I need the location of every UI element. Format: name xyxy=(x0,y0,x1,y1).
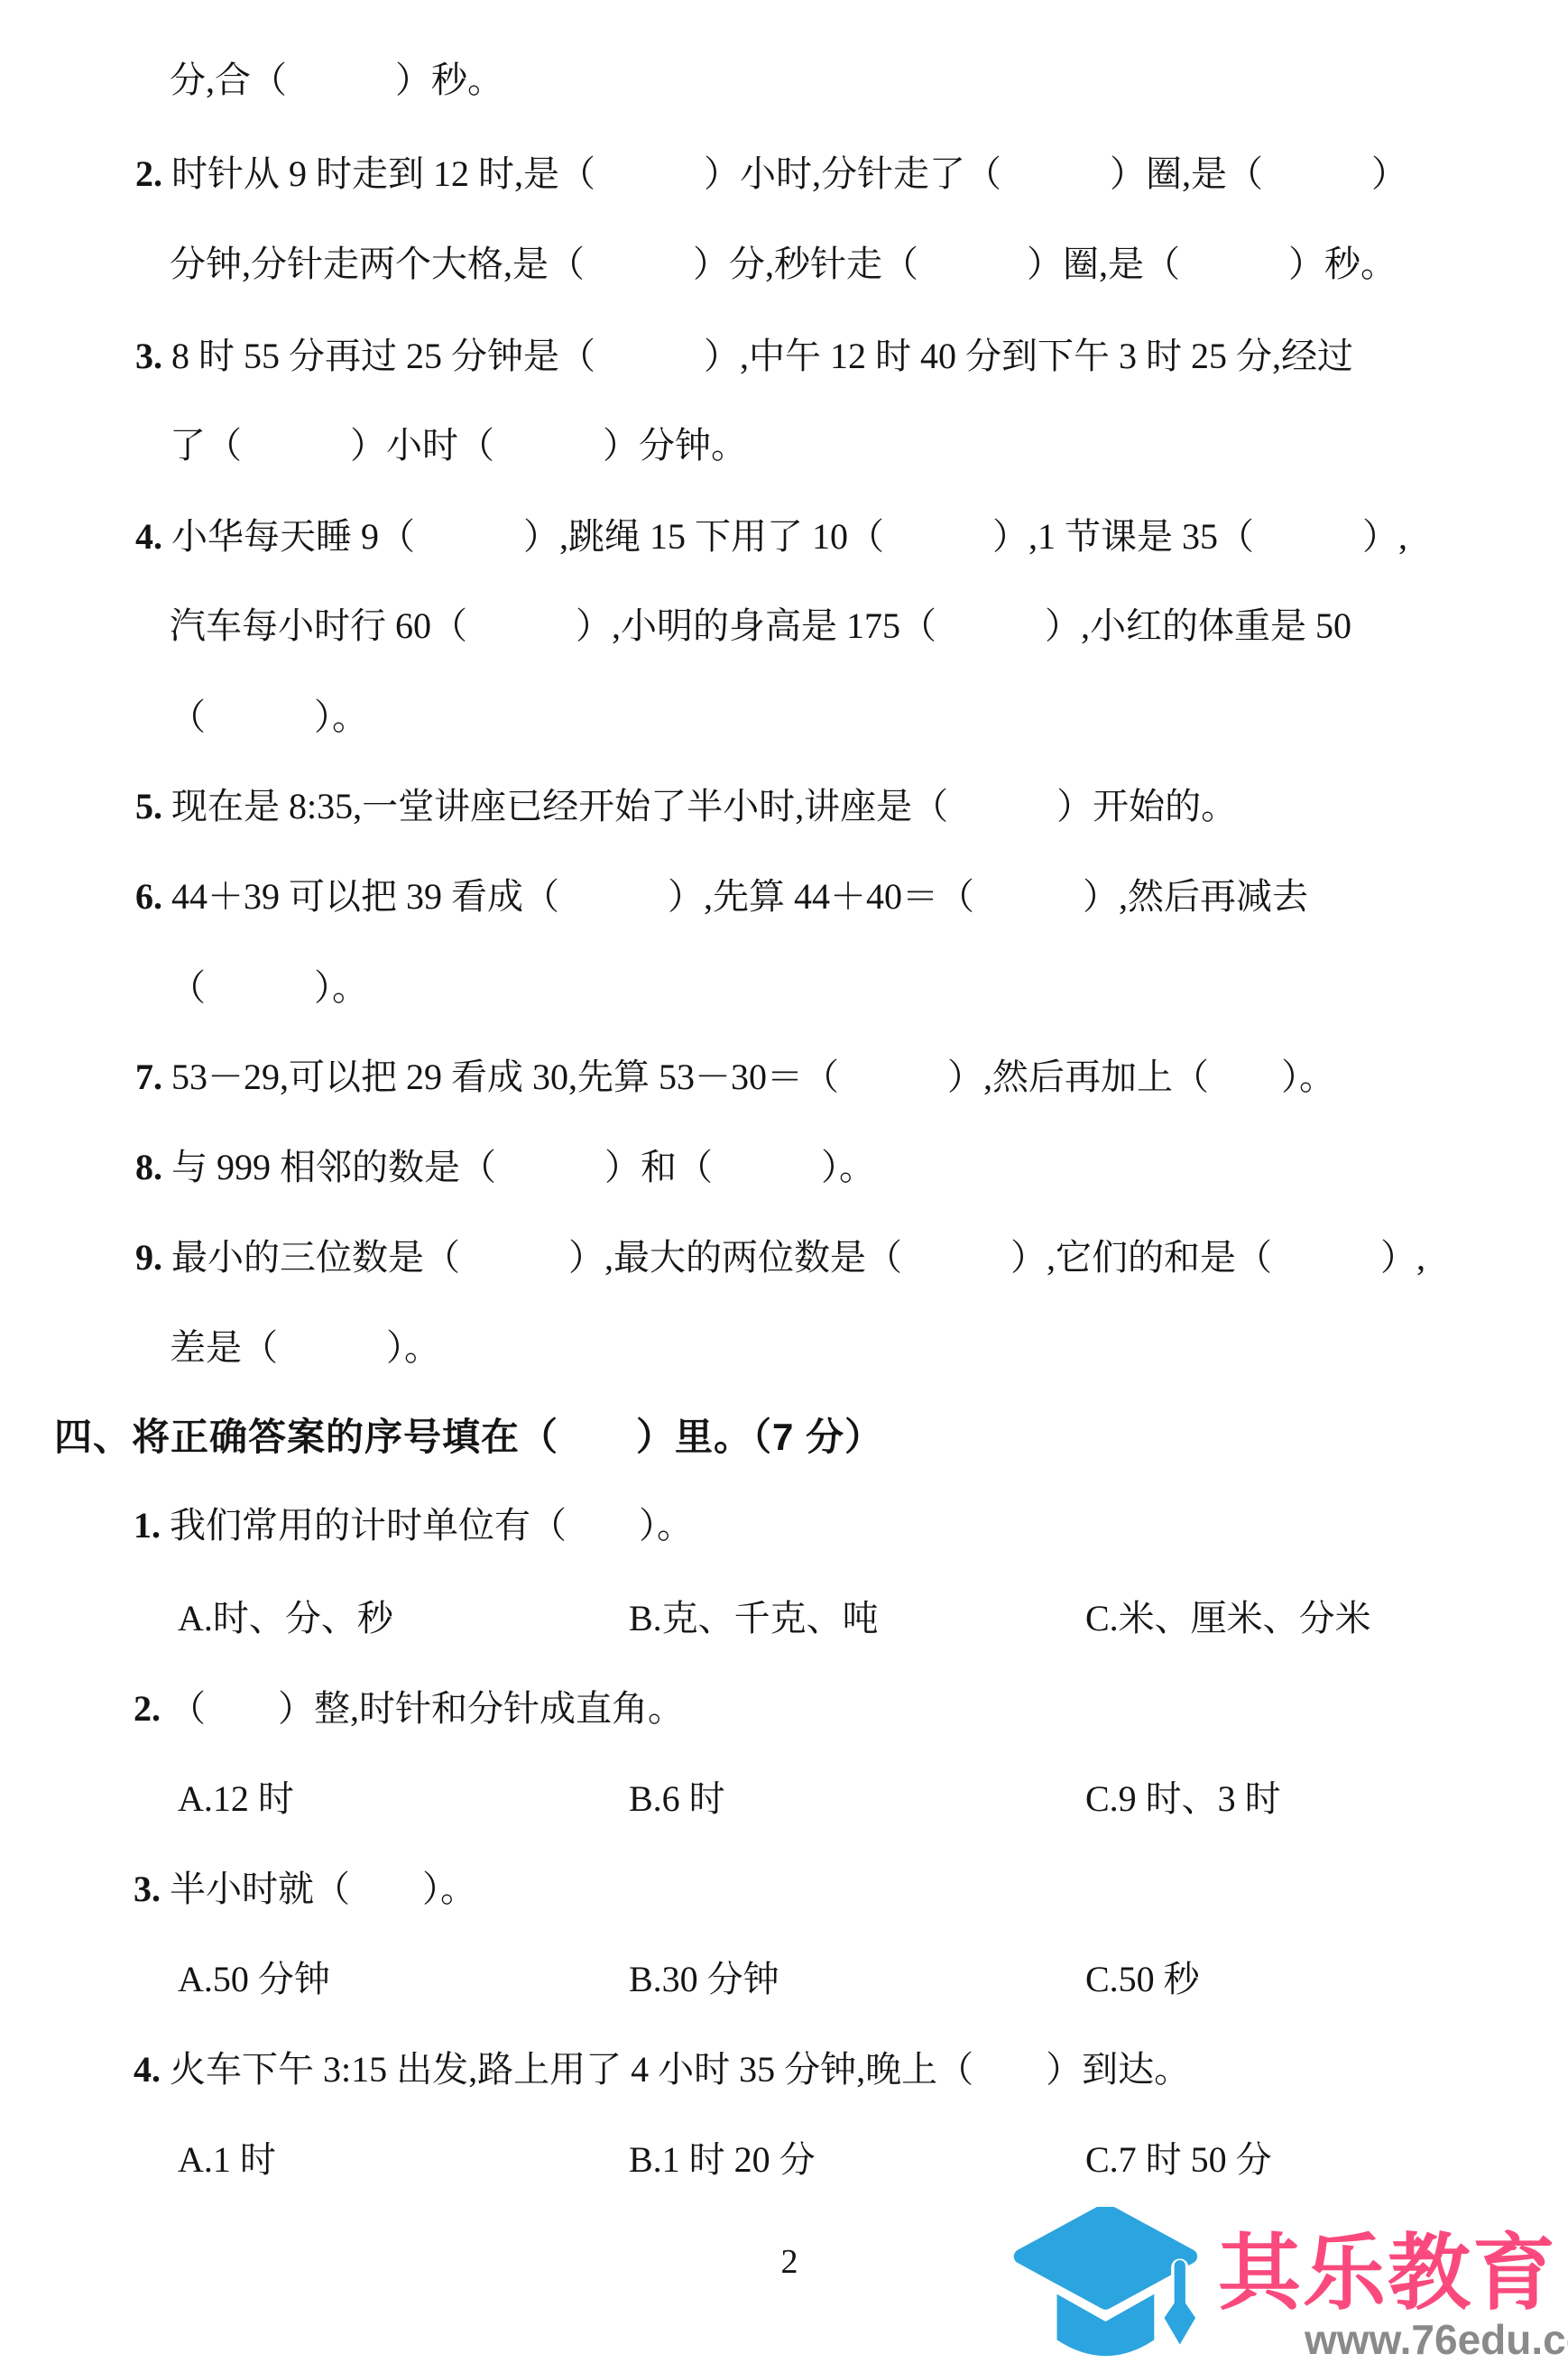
question-number: 3. xyxy=(135,336,162,376)
question-number: 2. xyxy=(135,153,162,194)
question-number: 3. xyxy=(134,1869,161,1909)
option-b: B.30 分钟 xyxy=(629,1959,779,2000)
fill-q2-line1: 2.时针从 9 时走到 12 时,是（ ）小时,分针走了（ ）圈,是（ ） xyxy=(135,153,1407,195)
question-text: 小华每天睡 9（ ）,跳绳 15 下用了 10（ ）,1 节课是 35（ ）, xyxy=(171,516,1407,557)
option-a: A.50 分钟 xyxy=(178,1959,330,2000)
option-a: A.时、分、秒 xyxy=(178,1598,393,1639)
fill-q9-line2: 差是（ ）。 xyxy=(170,1327,440,1369)
fill-q6-line2: （ ）。 xyxy=(170,967,368,1009)
choice-q4-options: A.1 时 B.1 时 20 分 C.7 时 50 分 xyxy=(0,2139,1568,2186)
choice-q3: 3.半小时就（ ）。 xyxy=(134,1869,476,1910)
question-number: 7. xyxy=(135,1057,162,1097)
choice-q4: 4.火车下午 3:15 出发,路上用了 4 小时 35 分钟,晚上（ ）到达。 xyxy=(134,2049,1190,2090)
question-number: 1. xyxy=(134,1505,161,1546)
fill-q3-line2: 了（ ）小时（ ）分钟。 xyxy=(170,425,747,466)
page-number: 2 xyxy=(767,2243,812,2283)
question-number: 6. xyxy=(135,876,162,917)
section-title: 四、将正确答案的序号填在（ ）里。（7 分） xyxy=(54,1416,883,1458)
question-number: 5. xyxy=(135,786,162,826)
question-number: 9. xyxy=(135,1237,162,1278)
fill-q6-line1: 6.44＋39 可以把 39 看成（ ）,先算 44＋40＝（ ）,然后再减去 xyxy=(135,876,1308,918)
option-a: A.1 时 xyxy=(178,2139,276,2181)
question-text: 了（ ）小时（ ）分钟。 xyxy=(170,425,747,466)
section-four-header: 四、将正确答案的序号填在（ ）里。（7 分） xyxy=(54,1416,883,1459)
question-text: 汽车每小时行 60（ ）,小明的身高是 175（ ）,小红的体重是 50 xyxy=(170,605,1351,646)
option-a: A.12 时 xyxy=(178,1778,294,1820)
question-text: 差是（ ）。 xyxy=(170,1327,440,1368)
graduation-cap-icon xyxy=(1009,2207,1212,2372)
question-text: 53－29,可以把 29 看成 30,先算 53－30＝（ ）,然后再加上（ ）… xyxy=(171,1057,1335,1097)
option-b: B.克、千克、吨 xyxy=(629,1598,879,1639)
question-text: （ ）。 xyxy=(170,697,368,737)
question-text: 最小的三位数是（ ）,最大的两位数是（ ）,它们的和是（ ）, xyxy=(171,1237,1425,1278)
option-c: C.米、厘米、分米 xyxy=(1085,1598,1371,1639)
fill-q4-line3: （ ）。 xyxy=(170,697,368,738)
question-text: 与 999 相邻的数是（ ）和（ ）。 xyxy=(171,1147,875,1187)
question-text: 半小时就（ ）。 xyxy=(170,1869,476,1909)
question-text: 8 时 55 分再过 25 分钟是（ ）,中午 12 时 40 分到下午 3 时… xyxy=(171,336,1353,376)
fill-q4-line2: 汽车每小时行 60（ ）,小明的身高是 175（ ）,小红的体重是 50 xyxy=(170,605,1351,647)
question-text: 分钟,分针走两个大格,是（ ）分,秒针走（ ）圈,是（ ）秒。 xyxy=(170,244,1397,284)
choice-q2: 2.（ ）整,时针和分针成直角。 xyxy=(134,1688,684,1730)
choice-q3-options: A.50 分钟 B.30 分钟 C.50 秒 xyxy=(0,1959,1568,2006)
choice-q1-options: A.时、分、秒 B.克、千克、吨 C.米、厘米、分米 xyxy=(0,1598,1568,1645)
fill-q1-continuation: 分,合（ ）秒。 xyxy=(170,60,503,101)
fill-q5-line1: 5.现在是 8:35,一堂讲座已经开始了半小时,讲座是（ ）开始的。 xyxy=(135,786,1237,827)
option-b: B.6 时 xyxy=(629,1778,725,1820)
question-text: 现在是 8:35,一堂讲座已经开始了半小时,讲座是（ ）开始的。 xyxy=(171,786,1237,826)
choice-q2-options: A.12 时 B.6 时 C.9 时、3 时 xyxy=(0,1778,1568,1825)
option-c: C.9 时、3 时 xyxy=(1085,1778,1281,1820)
option-c: C.50 秒 xyxy=(1085,1959,1200,2000)
fill-q2-line2: 分钟,分针走两个大格,是（ ）分,秒针走（ ）圈,是（ ）秒。 xyxy=(170,244,1397,285)
question-number: 4. xyxy=(134,2049,161,2090)
fill-q3-line1: 3.8 时 55 分再过 25 分钟是（ ）,中午 12 时 40 分到下午 3… xyxy=(135,336,1353,377)
question-text: 44＋39 可以把 39 看成（ ）,先算 44＋40＝（ ）,然后再减去 xyxy=(171,876,1308,917)
brand-website: www.76edu.com xyxy=(1305,2319,1568,2360)
question-text: 火车下午 3:15 出发,路上用了 4 小时 35 分钟,晚上（ ）到达。 xyxy=(170,2049,1190,2090)
choice-q1: 1.我们常用的计时单位有（ ）。 xyxy=(134,1505,693,1546)
question-number: 4. xyxy=(135,516,162,557)
question-text: 时针从 9 时走到 12 时,是（ ）小时,分针走了（ ）圈,是（ ） xyxy=(171,153,1407,194)
fill-q7-line1: 7.53－29,可以把 29 看成 30,先算 53－30＝（ ）,然后再加上（… xyxy=(135,1057,1335,1098)
brand-logo: 其乐教育 www.76edu.com xyxy=(1001,2201,1568,2372)
question-text: （ ）整,时针和分针成直角。 xyxy=(170,1688,684,1729)
fill-q8-line1: 8.与 999 相邻的数是（ ）和（ ）。 xyxy=(135,1147,875,1188)
question-text: 我们常用的计时单位有（ ）。 xyxy=(170,1505,693,1546)
fill-q9-line1: 9.最小的三位数是（ ）,最大的两位数是（ ）,它们的和是（ ）, xyxy=(135,1237,1425,1278)
fill-q4-line1: 4.小华每天睡 9（ ）,跳绳 15 下用了 10（ ）,1 节课是 35（ ）… xyxy=(135,516,1407,558)
question-number: 8. xyxy=(135,1147,162,1187)
brand-name: 其乐教育 xyxy=(1218,2232,1557,2315)
question-text: （ ）。 xyxy=(170,967,368,1008)
option-b: B.1 时 20 分 xyxy=(629,2139,816,2181)
question-text: 分,合（ ）秒。 xyxy=(170,60,503,100)
option-c: C.7 时 50 分 xyxy=(1085,2139,1272,2181)
question-number: 2. xyxy=(134,1688,161,1729)
worksheet-page: 分,合（ ）秒。 2.时针从 9 时走到 12 时,是（ ）小时,分针走了（ ）… xyxy=(0,0,1568,2372)
